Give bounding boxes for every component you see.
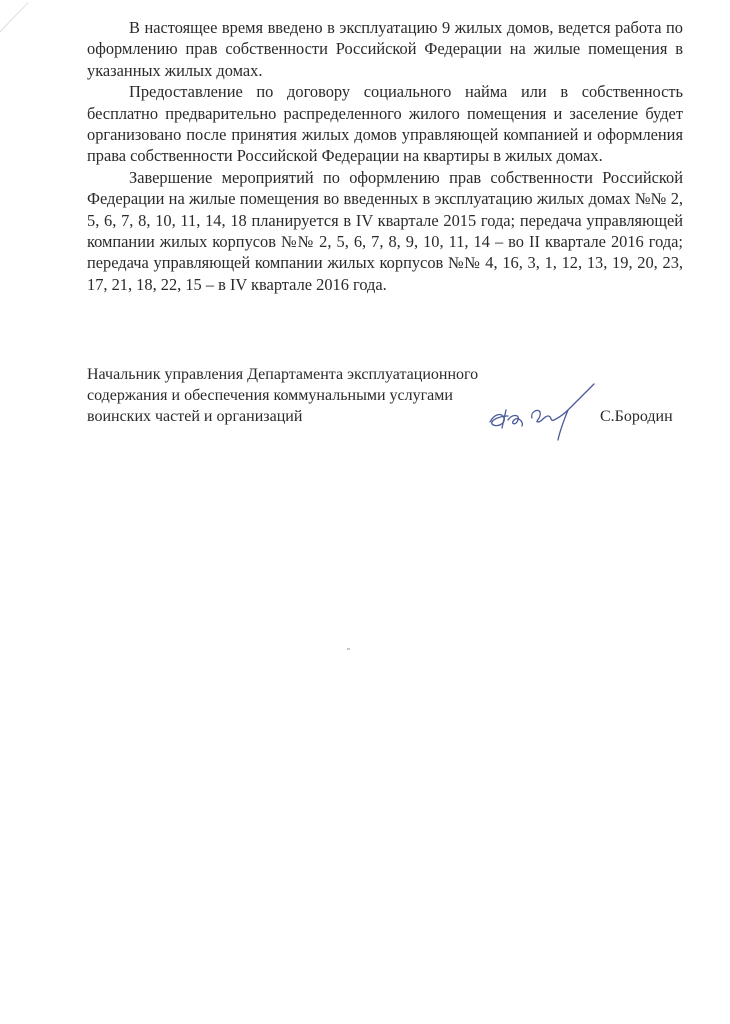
- paragraph-1: В настоящее время введено в эксплуатацию…: [87, 17, 683, 81]
- paragraph-2: Предоставление по договору социального н…: [87, 81, 683, 167]
- handwritten-signature-icon: [482, 374, 602, 444]
- signatory-name: С.Бородин: [600, 406, 673, 427]
- scan-artifact-line: [0, 2, 29, 53]
- scan-artifact-dot: [347, 648, 350, 650]
- letter-body: В настоящее время введено в эксплуатацию…: [87, 17, 683, 295]
- signature-block: Начальник управления Департамента эксплу…: [87, 364, 687, 427]
- paragraph-3: Завершение мероприятий по оформлению пра…: [87, 167, 683, 295]
